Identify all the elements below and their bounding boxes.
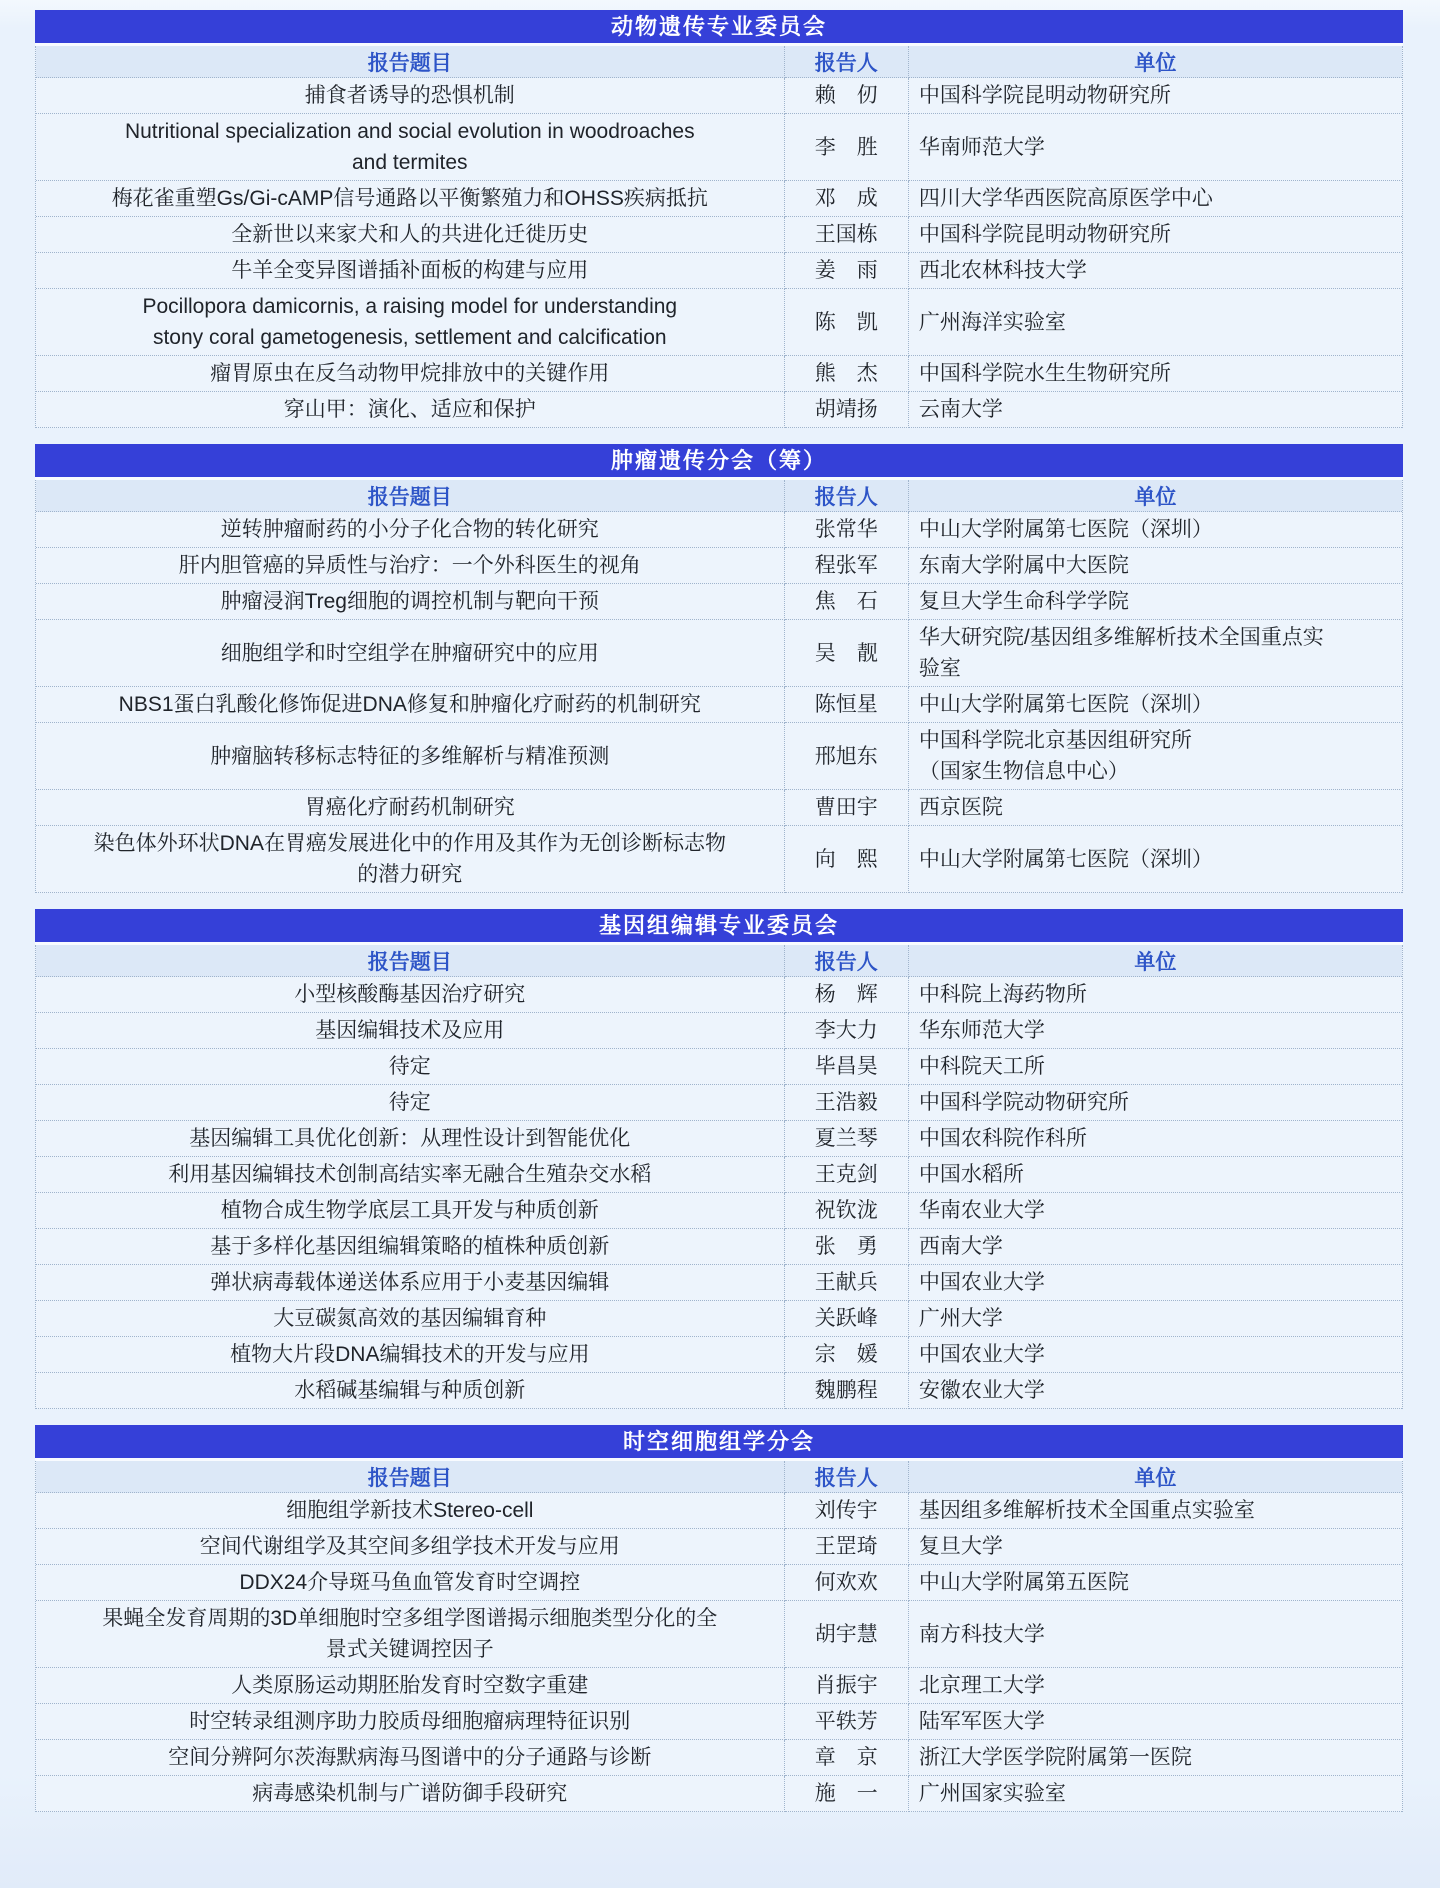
speaker-cell: 关跃峰 bbox=[785, 1301, 909, 1337]
topic-cell: NBS1蛋白乳酸化修饰促进DNA修复和肿瘤化疗耐药的机制研究 bbox=[36, 687, 785, 723]
topic-cell: 基因编辑技术及应用 bbox=[36, 1013, 785, 1049]
speaker-cell: 王献兵 bbox=[785, 1265, 909, 1301]
section-table: 报告题目报告人单位小型核酸酶基因治疗研究杨 辉中科院上海药物所基因编辑技术及应用… bbox=[35, 945, 1403, 1409]
program-section-3: 基因组编辑专业委员会报告题目报告人单位小型核酸酶基因治疗研究杨 辉中科院上海药物… bbox=[35, 909, 1403, 1409]
topic-cell: 肿瘤浸润Treg细胞的调控机制与靶向干预 bbox=[36, 584, 785, 620]
topic-cell: 果蝇全发育周期的3D单细胞时空多组学图谱揭示细胞类型分化的全 景式关键调控因子 bbox=[36, 1601, 785, 1668]
affiliation-cell: 四川大学华西医院高原医学中心 bbox=[909, 181, 1402, 217]
affiliation-cell: 中山大学附属第七医院（深圳） bbox=[909, 687, 1402, 723]
affiliation-cell: 西南大学 bbox=[909, 1229, 1402, 1265]
affiliation-cell: 中山大学附属第五医院 bbox=[909, 1565, 1402, 1601]
affiliation-cell: 中科院上海药物所 bbox=[909, 977, 1402, 1013]
column-header-topic: 报告题目 bbox=[36, 480, 785, 512]
topic-cell: Pocillopora damicornis, a raising model … bbox=[36, 289, 785, 356]
topic-cell: 瘤胃原虫在反刍动物甲烷排放中的关键作用 bbox=[36, 356, 785, 392]
speaker-cell: 张 勇 bbox=[785, 1229, 909, 1265]
speaker-cell: 姜 雨 bbox=[785, 253, 909, 289]
affiliation-cell: 中国科学院水生生物研究所 bbox=[909, 356, 1402, 392]
topic-cell: 病毒感染机制与广谱防御手段研究 bbox=[36, 1776, 785, 1812]
section-table: 报告题目报告人单位捕食者诱导的恐惧机制赖 仞中国科学院昆明动物研究所Nutrit… bbox=[35, 46, 1403, 428]
affiliation-cell: 中国农业大学 bbox=[909, 1337, 1402, 1373]
affiliation-cell: 中国科学院北京基因组研究所 （国家生物信息中心） bbox=[909, 723, 1402, 790]
speaker-cell: 程张军 bbox=[785, 548, 909, 584]
section-title-bar: 基因组编辑专业委员会 bbox=[35, 909, 1403, 945]
affiliation-cell: 南方科技大学 bbox=[909, 1601, 1402, 1668]
affiliation-cell: 中国科学院昆明动物研究所 bbox=[909, 78, 1402, 114]
speaker-cell: 毕昌昊 bbox=[785, 1049, 909, 1085]
speaker-cell: 章 京 bbox=[785, 1740, 909, 1776]
topic-cell: 人类原肠运动期胚胎发育时空数字重建 bbox=[36, 1668, 785, 1704]
speaker-cell: 胡宇慧 bbox=[785, 1601, 909, 1668]
topic-cell: 牛羊全变异图谱插补面板的构建与应用 bbox=[36, 253, 785, 289]
topic-cell: DDX24介导斑马鱼血管发育时空调控 bbox=[36, 1565, 785, 1601]
speaker-cell: 胡靖扬 bbox=[785, 392, 909, 428]
affiliation-cell: 中国水稻所 bbox=[909, 1157, 1402, 1193]
affiliation-cell: 中山大学附属第七医院（深圳） bbox=[909, 512, 1402, 548]
topic-cell: 胃癌化疗耐药机制研究 bbox=[36, 790, 785, 826]
speaker-cell: 夏兰琴 bbox=[785, 1121, 909, 1157]
topic-cell: 染色体外环状DNA在胃癌发展进化中的作用及其作为无创诊断标志物 的潜力研究 bbox=[36, 826, 785, 893]
speaker-cell: 向 熙 bbox=[785, 826, 909, 893]
affiliation-cell: 中国农科院作科所 bbox=[909, 1121, 1402, 1157]
affiliation-cell: 西京医院 bbox=[909, 790, 1402, 826]
column-header-topic: 报告题目 bbox=[36, 46, 785, 78]
speaker-cell: 赖 仞 bbox=[785, 78, 909, 114]
column-header-speaker: 报告人 bbox=[785, 46, 909, 78]
topic-cell: 基于多样化基因组编辑策略的植株种质创新 bbox=[36, 1229, 785, 1265]
column-header-affiliation: 单位 bbox=[909, 945, 1402, 977]
topic-cell: 捕食者诱导的恐惧机制 bbox=[36, 78, 785, 114]
speaker-cell: 魏鹏程 bbox=[785, 1373, 909, 1409]
affiliation-cell: 安徽农业大学 bbox=[909, 1373, 1402, 1409]
speaker-cell: 王克剑 bbox=[785, 1157, 909, 1193]
section-title-bar: 肿瘤遗传分会（筹） bbox=[35, 444, 1403, 480]
speaker-cell: 熊 杰 bbox=[785, 356, 909, 392]
column-header-affiliation: 单位 bbox=[909, 1461, 1402, 1493]
affiliation-cell: 中国科学院昆明动物研究所 bbox=[909, 217, 1402, 253]
topic-cell: 全新世以来家犬和人的共进化迁徙历史 bbox=[36, 217, 785, 253]
speaker-cell: 王国栋 bbox=[785, 217, 909, 253]
affiliation-cell: 广州海洋实验室 bbox=[909, 289, 1402, 356]
speaker-cell: 吴 靓 bbox=[785, 620, 909, 687]
topic-cell: 待定 bbox=[36, 1085, 785, 1121]
affiliation-cell: 东南大学附属中大医院 bbox=[909, 548, 1402, 584]
section-table: 报告题目报告人单位细胞组学新技术Stereo-cell刘传宇基因组多维解析技术全… bbox=[35, 1461, 1403, 1812]
column-header-affiliation: 单位 bbox=[909, 46, 1402, 78]
section-title-bar: 动物遗传专业委员会 bbox=[35, 10, 1403, 46]
topic-cell: 弹状病毒载体递送体系应用于小麦基因编辑 bbox=[36, 1265, 785, 1301]
topic-cell: 逆转肿瘤耐药的小分子化合物的转化研究 bbox=[36, 512, 785, 548]
topic-cell: 空间代谢组学及其空间多组学技术开发与应用 bbox=[36, 1529, 785, 1565]
conference-program-table: 动物遗传专业委员会报告题目报告人单位捕食者诱导的恐惧机制赖 仞中国科学院昆明动物… bbox=[35, 0, 1403, 1812]
speaker-cell: 邓 成 bbox=[785, 181, 909, 217]
topic-cell: 基因编辑工具优化创新：从理性设计到智能优化 bbox=[36, 1121, 785, 1157]
speaker-cell: 王罡琦 bbox=[785, 1529, 909, 1565]
column-header-topic: 报告题目 bbox=[36, 945, 785, 977]
affiliation-cell: 浙江大学医学院附属第一医院 bbox=[909, 1740, 1402, 1776]
affiliation-cell: 中科院天工所 bbox=[909, 1049, 1402, 1085]
speaker-cell: 邢旭东 bbox=[785, 723, 909, 790]
speaker-cell: 陈 凯 bbox=[785, 289, 909, 356]
topic-cell: 细胞组学和时空组学在肿瘤研究中的应用 bbox=[36, 620, 785, 687]
topic-cell: 空间分辨阿尔茨海默病海马图谱中的分子通路与诊断 bbox=[36, 1740, 785, 1776]
speaker-cell: 曹田宇 bbox=[785, 790, 909, 826]
section-table: 报告题目报告人单位逆转肿瘤耐药的小分子化合物的转化研究张常华中山大学附属第七医院… bbox=[35, 480, 1403, 893]
affiliation-cell: 中国农业大学 bbox=[909, 1265, 1402, 1301]
speaker-cell: 祝钦泷 bbox=[785, 1193, 909, 1229]
affiliation-cell: 中国科学院动物研究所 bbox=[909, 1085, 1402, 1121]
affiliation-cell: 复旦大学生命科学学院 bbox=[909, 584, 1402, 620]
speaker-cell: 平轶芳 bbox=[785, 1704, 909, 1740]
topic-cell: 梅花雀重塑Gs/Gi-cAMP信号通路以平衡繁殖力和OHSS疾病抵抗 bbox=[36, 181, 785, 217]
affiliation-cell: 基因组多维解析技术全国重点实验室 bbox=[909, 1493, 1402, 1529]
speaker-cell: 杨 辉 bbox=[785, 977, 909, 1013]
topic-cell: 利用基因编辑技术创制高结实率无融合生殖杂交水稻 bbox=[36, 1157, 785, 1193]
affiliation-cell: 西北农林科技大学 bbox=[909, 253, 1402, 289]
topic-cell: 植物大片段DNA编辑技术的开发与应用 bbox=[36, 1337, 785, 1373]
affiliation-cell: 华南师范大学 bbox=[909, 114, 1402, 181]
affiliation-cell: 陆军军医大学 bbox=[909, 1704, 1402, 1740]
topic-cell: 时空转录组测序助力胶质母细胞瘤病理特征识别 bbox=[36, 1704, 785, 1740]
speaker-cell: 何欢欢 bbox=[785, 1565, 909, 1601]
topic-cell: 大豆碳氮高效的基因编辑育种 bbox=[36, 1301, 785, 1337]
speaker-cell: 刘传宇 bbox=[785, 1493, 909, 1529]
speaker-cell: 施 一 bbox=[785, 1776, 909, 1812]
affiliation-cell: 华大研究院/基因组多维解析技术全国重点实 验室 bbox=[909, 620, 1402, 687]
column-header-speaker: 报告人 bbox=[785, 480, 909, 512]
topic-cell: Nutritional specialization and social ev… bbox=[36, 114, 785, 181]
program-section-1: 动物遗传专业委员会报告题目报告人单位捕食者诱导的恐惧机制赖 仞中国科学院昆明动物… bbox=[35, 10, 1403, 428]
column-header-speaker: 报告人 bbox=[785, 945, 909, 977]
speaker-cell: 焦 石 bbox=[785, 584, 909, 620]
topic-cell: 小型核酸酶基因治疗研究 bbox=[36, 977, 785, 1013]
column-header-speaker: 报告人 bbox=[785, 1461, 909, 1493]
speaker-cell: 张常华 bbox=[785, 512, 909, 548]
affiliation-cell: 广州大学 bbox=[909, 1301, 1402, 1337]
program-section-2: 肿瘤遗传分会（筹）报告题目报告人单位逆转肿瘤耐药的小分子化合物的转化研究张常华中… bbox=[35, 444, 1403, 893]
speaker-cell: 李大力 bbox=[785, 1013, 909, 1049]
topic-cell: 细胞组学新技术Stereo-cell bbox=[36, 1493, 785, 1529]
topic-cell: 穿山甲：演化、适应和保护 bbox=[36, 392, 785, 428]
affiliation-cell: 华东师范大学 bbox=[909, 1013, 1402, 1049]
topic-cell: 植物合成生物学底层工具开发与种质创新 bbox=[36, 1193, 785, 1229]
affiliation-cell: 华南农业大学 bbox=[909, 1193, 1402, 1229]
affiliation-cell: 广州国家实验室 bbox=[909, 1776, 1402, 1812]
affiliation-cell: 北京理工大学 bbox=[909, 1668, 1402, 1704]
column-header-topic: 报告题目 bbox=[36, 1461, 785, 1493]
program-section-4: 时空细胞组学分会报告题目报告人单位细胞组学新技术Stereo-cell刘传宇基因… bbox=[35, 1425, 1403, 1812]
affiliation-cell: 复旦大学 bbox=[909, 1529, 1402, 1565]
topic-cell: 待定 bbox=[36, 1049, 785, 1085]
affiliation-cell: 中山大学附属第七医院（深圳） bbox=[909, 826, 1402, 893]
topic-cell: 肿瘤脑转移标志特征的多维解析与精准预测 bbox=[36, 723, 785, 790]
speaker-cell: 王浩毅 bbox=[785, 1085, 909, 1121]
topic-cell: 肝内胆管癌的异质性与治疗：一个外科医生的视角 bbox=[36, 548, 785, 584]
section-title-bar: 时空细胞组学分会 bbox=[35, 1425, 1403, 1461]
topic-cell: 水稻碱基编辑与种质创新 bbox=[36, 1373, 785, 1409]
speaker-cell: 宗 媛 bbox=[785, 1337, 909, 1373]
speaker-cell: 肖振宇 bbox=[785, 1668, 909, 1704]
speaker-cell: 李 胜 bbox=[785, 114, 909, 181]
affiliation-cell: 云南大学 bbox=[909, 392, 1402, 428]
speaker-cell: 陈恒星 bbox=[785, 687, 909, 723]
column-header-affiliation: 单位 bbox=[909, 480, 1402, 512]
